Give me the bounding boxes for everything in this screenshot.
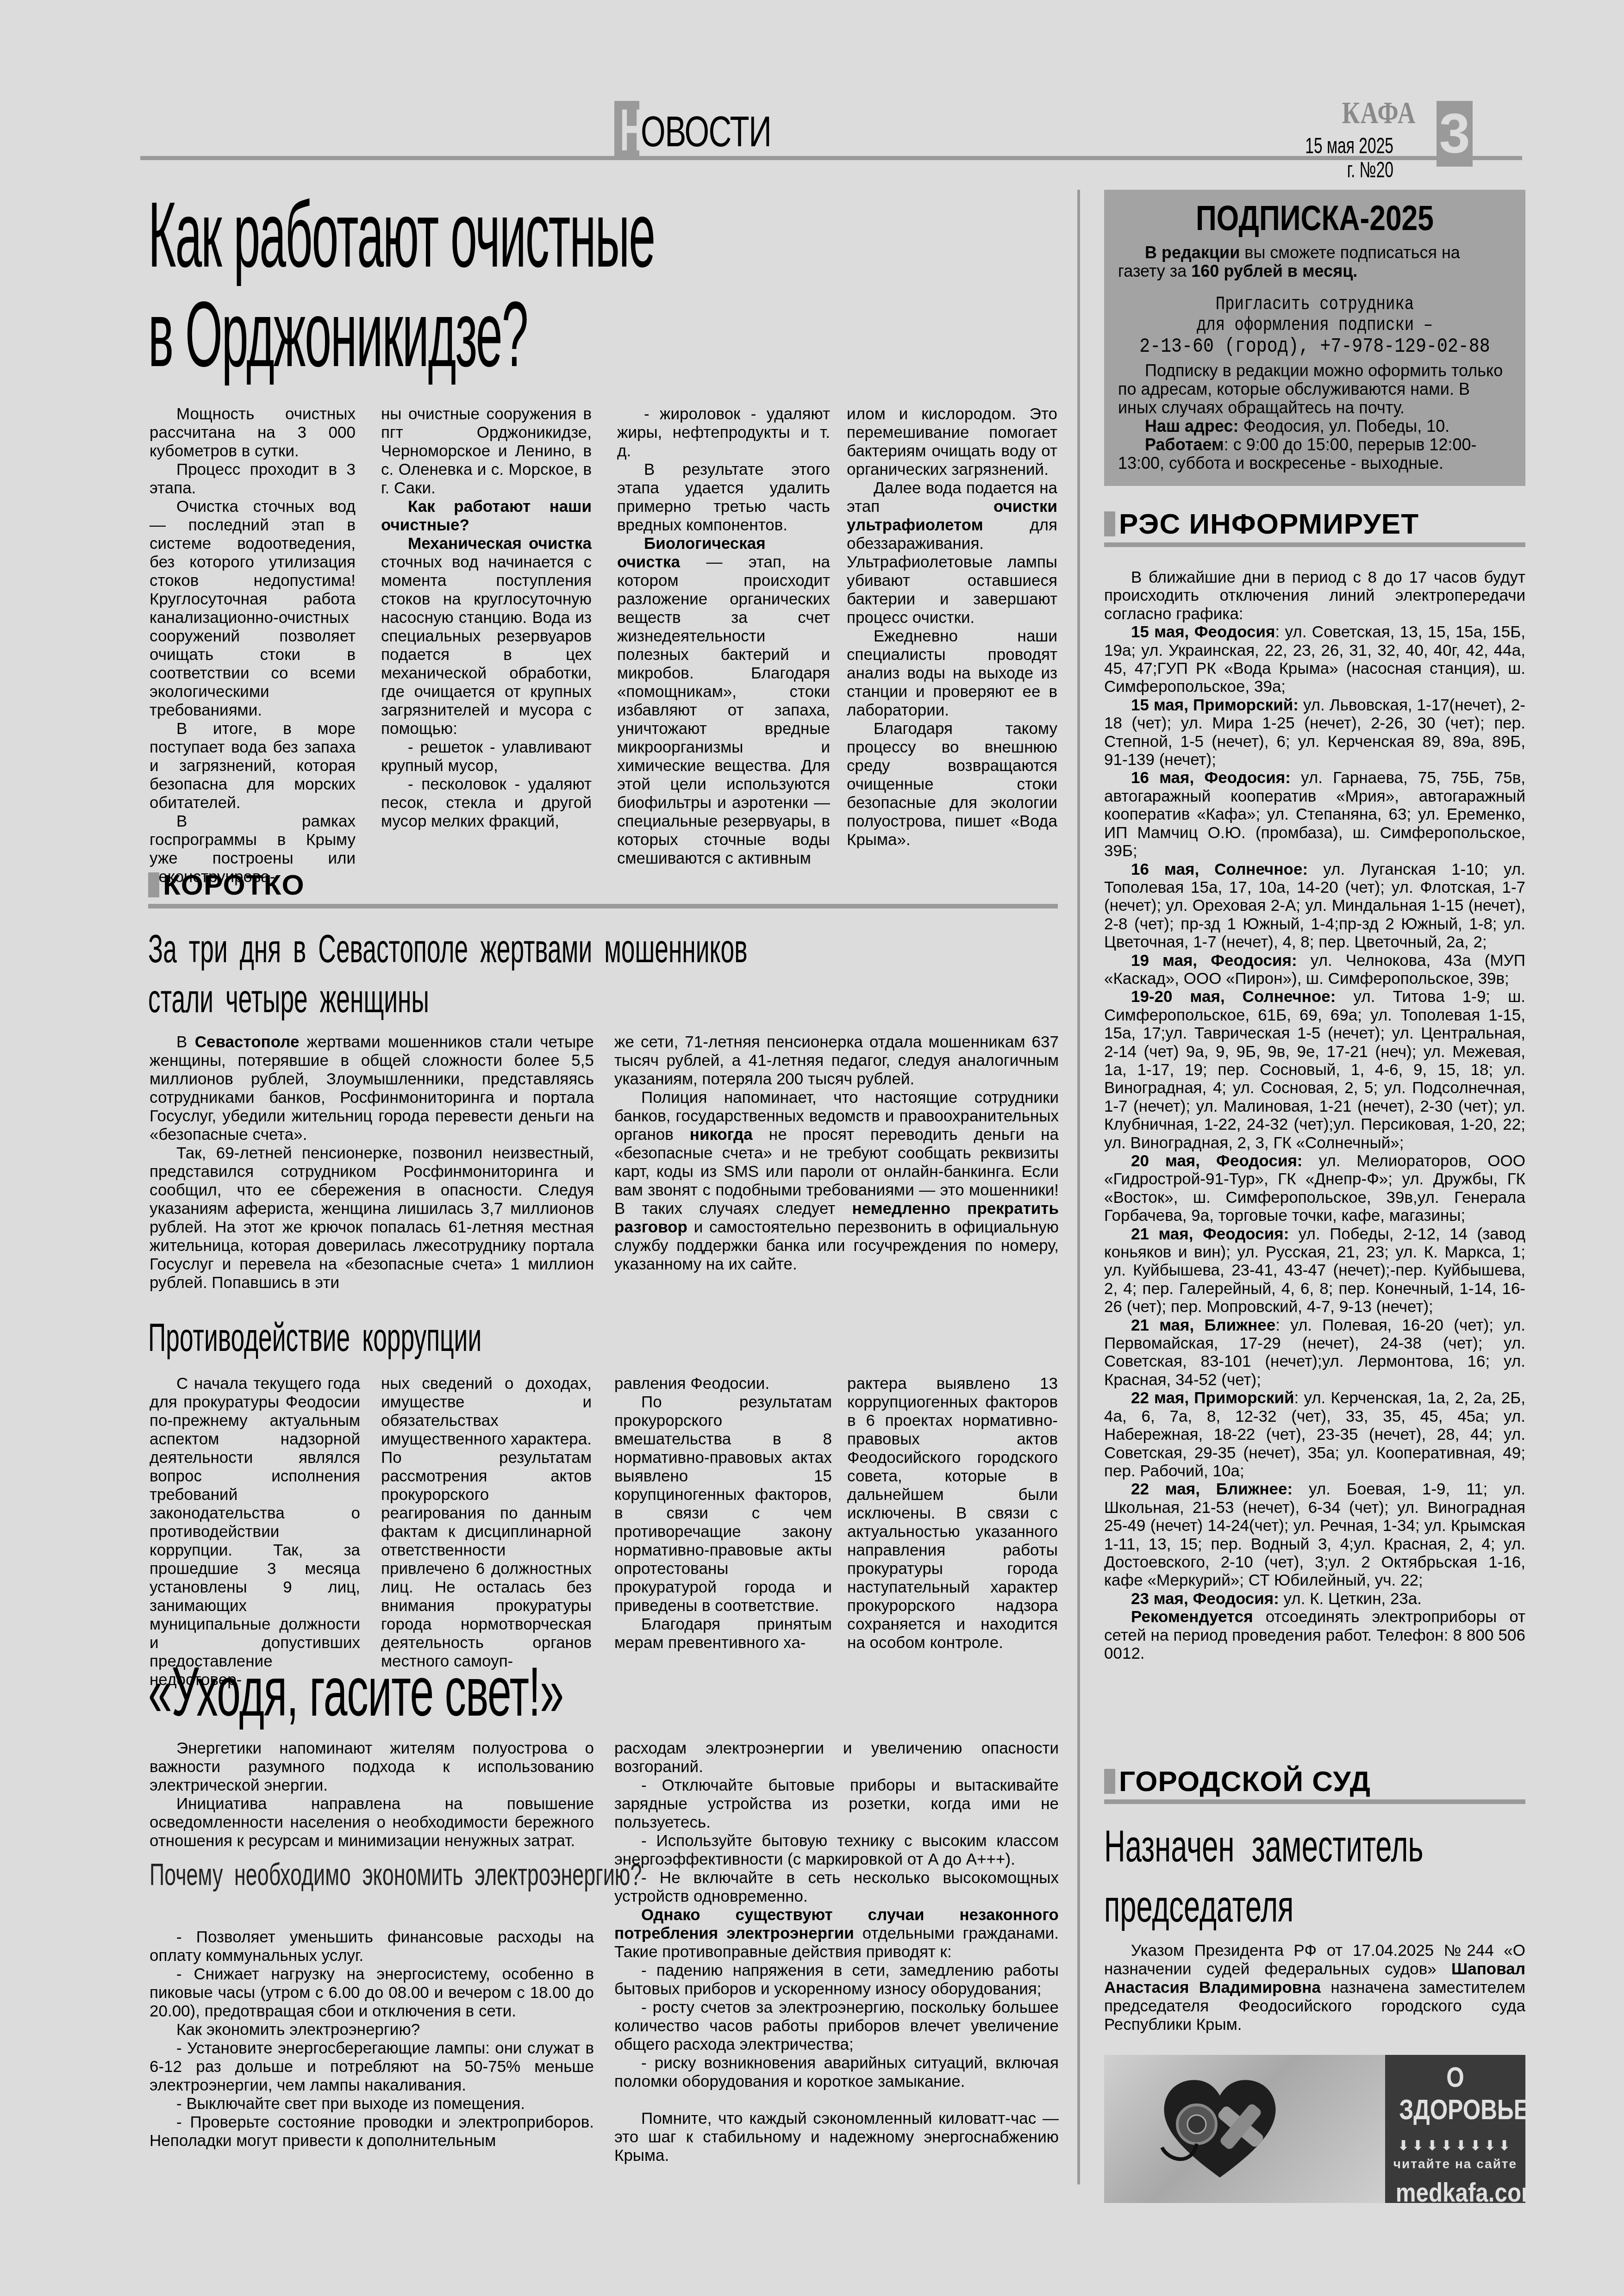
- subscription-details: Подписку в редакции можно оформить тольк…: [1104, 361, 1525, 473]
- paragraph: расходам электроэнергии и увеличению опа…: [614, 1739, 1059, 1776]
- paragraph: Благодаря принятым мерам превентивного х…: [614, 1615, 832, 1652]
- section-title: ОВОСТИ: [641, 106, 771, 157]
- list-item: - падению напряжения в сети, замедлению …: [614, 1961, 1059, 1998]
- paragraph: По результатам прокурорского вмешательст…: [614, 1393, 832, 1615]
- ad-url-link[interactable]: medkafa.com: [1396, 2178, 1515, 2203]
- schedule-item: 22 мая, Приморский: ул. Керченская, 1а, …: [1104, 1389, 1525, 1480]
- res-schedule: В ближайшие дни в период с 8 до 17 часов…: [1104, 568, 1525, 1662]
- bold-term: Рекомендуется: [1131, 1608, 1253, 1626]
- invite-line: Пригласить сотрудника: [1136, 294, 1494, 315]
- paragraph-text: В: [176, 1033, 195, 1051]
- bold-term: В редакции: [1145, 243, 1240, 262]
- schedule-date: 22 мая, Приморский: [1131, 1389, 1294, 1407]
- paragraph: ных сведений о доходах, имуществе и обяз…: [381, 1375, 592, 1671]
- paragraph-text: сточных вод начинается с момента поступл…: [381, 553, 592, 738]
- section-marker: [1104, 511, 1115, 536]
- schedule-item: 15 мая, Приморский: ул. Львовская, 1-17(…: [1104, 696, 1525, 769]
- corruption-column-2: ных сведений о доходах, имуществе и обяз…: [381, 1375, 592, 1671]
- schedule-date: 15 мая, Приморский:: [1131, 696, 1299, 714]
- energy-headline: «Уходя, гасите свет!»: [148, 1652, 563, 1731]
- subscription-title: ПОДПИСКА-2025: [1142, 200, 1487, 237]
- section-marker: [1104, 1769, 1115, 1794]
- section-divider: [1104, 1799, 1525, 1804]
- column-divider: [1077, 190, 1080, 2184]
- list-item: - жироловок - удаляют жиры, нефтепродукт…: [617, 405, 830, 460]
- address-label: Наш адрес:: [1145, 417, 1238, 436]
- recommendation: Рекомендуется отсоединять электроприборы…: [1104, 1608, 1525, 1662]
- schedule-item: 15 мая, Феодосия: ул. Советская, 13, 15,…: [1104, 623, 1525, 696]
- treatment-column-3: - жироловок - удаляют жиры, нефтепродукт…: [617, 405, 830, 868]
- paragraph: В результате этого этапа удается удалить…: [617, 460, 830, 535]
- schedule-addresses: ул. Титова 1-9; ш. Симферопольское, 61Б,…: [1104, 988, 1525, 1151]
- schedule-date: 15 мая, Феодосия: [1131, 623, 1275, 641]
- section-marker: [148, 872, 159, 897]
- paragraph: Однако существуют случаи незаконного пот…: [614, 1906, 1059, 1961]
- list-item: - решеток - улавливают крупный мусор,: [381, 738, 592, 775]
- list-item: - Выключайте свет при выходе из помещени…: [150, 2095, 594, 2113]
- subscription-hours: Работаем: с 9:00 до 15:00, перерыв 12:00…: [1118, 436, 1512, 473]
- newspaper-brand: КАФА: [1342, 96, 1393, 129]
- ad-image: [1104, 2055, 1385, 2203]
- energy-column-2: расходам электроэнергии и увеличению опа…: [614, 1739, 1059, 2165]
- section-label-korotko: КОРОТКО: [148, 869, 305, 902]
- paragraph: Благодаря такому процессу во внешнюю сре…: [847, 720, 1057, 849]
- section-label-text: ГОРОДСКОЙ СУД: [1119, 1766, 1371, 1798]
- schedule-item: 21 мая, Феодосия: ул. Победы, 2-12, 14 (…: [1104, 1225, 1525, 1316]
- paragraph: илом и кислородом. Это перемешивание пом…: [847, 405, 1057, 479]
- corruption-headline: Противодействие коррупции: [148, 1314, 481, 1361]
- subscription-phones[interactable]: 2-13-60 (город), +7-978-129-02-88: [1136, 336, 1494, 357]
- paragraph: Указом Президента РФ от 17.04.2025 №244 …: [1104, 1941, 1525, 2034]
- section-divider: [148, 904, 1058, 908]
- schedule-item: 19 мая, Феодосия: ул. Челнокова, 43а (МУ…: [1104, 952, 1525, 988]
- arrow-down-icon: ⬇⬇⬇⬇⬇⬇⬇⬇: [1385, 2138, 1525, 2154]
- list-item: - Снижает нагрузку на энергосистему, осо…: [150, 1965, 594, 2021]
- list-item: - Отключайте бытовые приборы и вытаскива…: [614, 1776, 1059, 1832]
- subscription-price: 160 рублей в месяц.: [1191, 261, 1357, 280]
- paragraph: Мощность очистных рассчитана на 3 000 ку…: [150, 405, 356, 460]
- list-item: - Позволяет уменьшить финансовые расходы…: [150, 1928, 594, 1965]
- corruption-column-3: равления Феодосии. По результатам прокур…: [614, 1375, 832, 1652]
- paragraph: Ежедневно наши специалисты проводят анал…: [847, 627, 1057, 720]
- headline-line: Как работают очистные: [148, 185, 581, 285]
- address-value: Феодосия, ул. Победы, 10.: [1238, 417, 1449, 436]
- energy-subheading: Почему необходимо экономить электроэнерг…: [150, 1856, 452, 1893]
- paragraph: же сети, 71-летняя пенсионерка отдала мо…: [614, 1033, 1059, 1089]
- paragraph: Далее вода подается на этап очистки ульт…: [847, 479, 1057, 627]
- subheading: Как работают наши очистные?: [381, 498, 592, 535]
- headline-line: Назначен заместитель: [1104, 1817, 1423, 1877]
- paragraph: Энергетики напоминают жителям полуостров…: [150, 1739, 594, 1795]
- paragraph: С начала текущего года для прокуратуры Ф…: [150, 1375, 360, 1689]
- court-headline: Назначен заместитель председателя: [1104, 1817, 1423, 1937]
- schedule-date: 20 мая, Феодосия:: [1131, 1152, 1303, 1170]
- subscription-offer: В редакции вы сможете подписаться на газ…: [1104, 243, 1525, 280]
- schedule-date: 19 мая, Феодосия:: [1131, 952, 1297, 970]
- paragraph: равления Феодосии.: [614, 1375, 832, 1393]
- header-divider: [140, 156, 1522, 160]
- subheading-text: Как работают наши очистные?: [381, 498, 592, 534]
- section-label-res: РЭС ИНФОРМИРУЕТ: [1104, 508, 1419, 541]
- invite-line: для оформления подписки –: [1136, 315, 1494, 336]
- list-item: - Не включайте в сеть несколько высокомо…: [614, 1869, 1059, 1906]
- short-news-headline: За три дня в Севастополе жертвами мошенн…: [148, 926, 747, 1022]
- headline-line: стали четыре женщины: [148, 976, 747, 1022]
- paragraph: Так, 69-летней пенсионерке, позвонил неи…: [150, 1144, 594, 1292]
- short-news-column-1: В Севастополе жертвами мошенников стали …: [150, 1033, 594, 1292]
- schedule-date: 19-20 мая, Солнечное:: [1131, 988, 1336, 1006]
- paragraph: Механическая очистка сточных вод начинае…: [381, 535, 592, 738]
- corruption-column-1: С начала текущего года для прокуратуры Ф…: [150, 1375, 360, 1689]
- headline-line: За три дня в Севастополе жертвами мошенн…: [148, 926, 747, 972]
- schedule-date: 16 мая, Солнечное:: [1131, 860, 1308, 878]
- schedule-date: 23 мая, Феодосия:: [1131, 1590, 1279, 1608]
- schedule-date: 16 мая, Феодосия:: [1131, 769, 1291, 787]
- paragraph: Инициатива направлена на повышение освед…: [150, 1795, 594, 1850]
- list-item: - Используйте бытовую технику с высоким …: [614, 1832, 1059, 1869]
- paragraph: ны очистные сооружения в пгт Орджоникидз…: [381, 405, 592, 498]
- health-site-ad[interactable]: О ЗДОРОВЬЕ ⬇⬇⬇⬇⬇⬇⬇⬇ читайте на сайте med…: [1104, 2055, 1525, 2203]
- paragraph: Биологическая очистка — этап, на котором…: [617, 535, 830, 868]
- short-news-column-2: же сети, 71-летняя пенсионерка отдала мо…: [614, 1033, 1059, 1274]
- article-headline-treatment: Как работают очистные в Орджоникидзе?: [148, 185, 581, 384]
- schedule-addresses: ул. К. Цеткин, 23а.: [1279, 1590, 1422, 1608]
- bold-term: никогда: [690, 1126, 753, 1144]
- list-item: - песколовок - удаляют песок, стекла и д…: [381, 775, 592, 831]
- section-label-court: ГОРОДСКОЙ СУД: [1104, 1766, 1371, 1798]
- corruption-column-4: рактера выявлено 13 коррупциогенных факт…: [847, 1375, 1058, 1652]
- court-text: Указом Президента РФ от 17.04.2025 №244 …: [1104, 1941, 1525, 2034]
- paragraph: Процесс проходит в 3 этапа.: [150, 460, 356, 498]
- bold-term: Механическая очистка: [408, 535, 592, 553]
- treatment-column-1: Мощность очистных рассчитана на 3 000 ку…: [150, 405, 356, 886]
- ad-title: О ЗДОРОВЬЕ: [1399, 2061, 1511, 2126]
- section-divider: [1104, 542, 1525, 547]
- paragraph: рактера выявлено 13 коррупциогенных факт…: [847, 1375, 1058, 1652]
- section-initial-block: Н: [614, 101, 639, 160]
- schedule-item: 21 мая, Ближнее: ул. Полевая, 16-20 (чет…: [1104, 1316, 1525, 1389]
- ad-panel: О ЗДОРОВЬЕ ⬇⬇⬇⬇⬇⬇⬇⬇ читайте на сайте med…: [1385, 2055, 1525, 2203]
- paragraph: В итоге, в море поступает вода без запах…: [150, 720, 356, 812]
- list-item: - Проверьте состояние проводки и электро…: [150, 2113, 594, 2150]
- treatment-column-4: илом и кислородом. Это перемешивание пом…: [847, 405, 1057, 849]
- headline-line: в Орджоникидзе?: [148, 285, 581, 384]
- subscription-address: Наш адрес: Феодосия, ул. Победы, 10.: [1118, 417, 1512, 436]
- schedule-date: 21 мая, Феодосия:: [1131, 1225, 1289, 1243]
- headline-line: председателя: [1104, 1877, 1423, 1937]
- schedule-item: 23 мая, Феодосия: ул. К. Цеткин, 23а.: [1104, 1590, 1525, 1608]
- list-item: - риску возникновения аварийных ситуаций…: [614, 2054, 1059, 2091]
- energy-column-1: Энергетики напоминают жителям полуостров…: [150, 1739, 594, 2150]
- hours-label: Работаем: [1145, 435, 1224, 454]
- paragraph: Помните, что каждый сэкономленный килова…: [614, 2109, 1059, 2165]
- paragraph: Очистка сточных вод — последний этап в с…: [150, 498, 356, 720]
- heart-stethoscope-icon: [1160, 2073, 1280, 2184]
- schedule-date: 22 мая, Ближнее:: [1131, 1480, 1293, 1498]
- subheading: Как экономить электроэнергию?: [150, 2021, 594, 2039]
- paragraph: В Севастополе жертвами мошенников стали …: [150, 1033, 594, 1144]
- list-item: - росту счетов за электроэнергию, поскол…: [614, 1998, 1059, 2054]
- paragraph: В ближайшие дни в период с 8 до 17 часов…: [1104, 568, 1525, 623]
- treatment-column-2: ны очистные сооружения в пгт Орджоникидз…: [381, 405, 592, 831]
- schedule-item: 16 мая, Солнечное: ул. Луганская 1-10; у…: [1104, 860, 1525, 952]
- list-item: - Установите энергосберегающие лампы: он…: [150, 2039, 594, 2095]
- schedule-item: 22 мая, Ближнее: ул. Боевая, 1-9, 11; ул…: [1104, 1480, 1525, 1589]
- ad-cta: читайте на сайте: [1385, 2157, 1525, 2172]
- subscription-invite: Пригласить сотрудника для оформления под…: [1136, 294, 1494, 357]
- schedule-date: 21 мая, Ближнее: [1131, 1316, 1275, 1334]
- paragraph-text: — этап, на котором происходит разложение…: [617, 553, 830, 867]
- schedule-item: 19-20 мая, Солнечное: ул. Титова 1-9; ш.…: [1104, 988, 1525, 1152]
- section-label-text: КОРОТКО: [163, 869, 305, 901]
- section-label-text: РЭС ИНФОРМИРУЕТ: [1119, 508, 1419, 540]
- schedule-item: 20 мая, Феодосия: ул. Мелиораторов, ООО …: [1104, 1152, 1525, 1225]
- schedule-item: 16 мая, Феодосия: ул. Гарнаева, 75, 75Б,…: [1104, 769, 1525, 860]
- paragraph: Полиция напоминает, что настоящие сотруд…: [614, 1089, 1059, 1274]
- bold-term: Севастополе: [195, 1033, 300, 1051]
- subscription-note: Подписку в редакции можно оформить тольк…: [1118, 361, 1512, 417]
- subscription-box: ПОДПИСКА-2025 В редакции вы сможете подп…: [1104, 190, 1525, 486]
